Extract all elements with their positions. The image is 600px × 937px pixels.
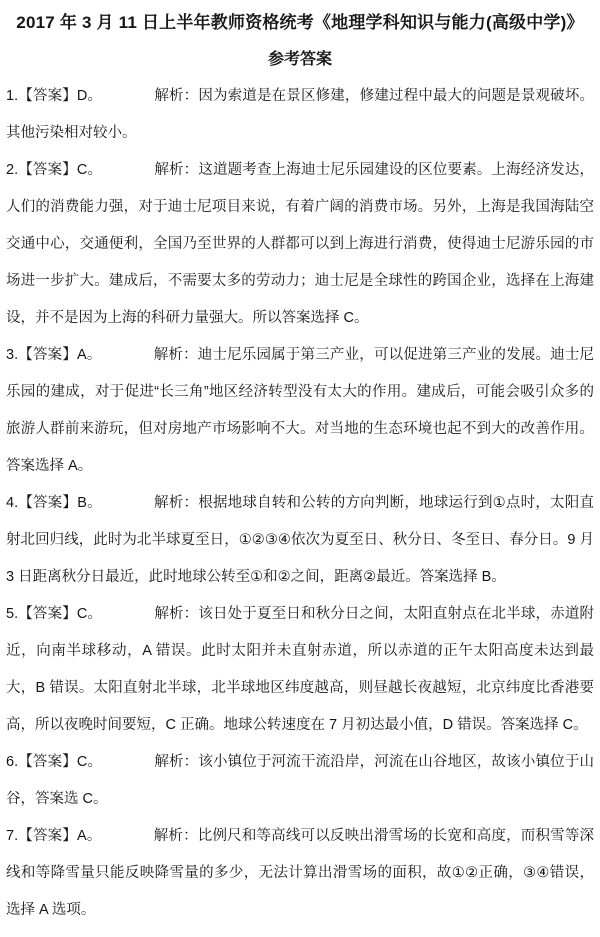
answer-item-4: 4.【答案】B。解析：根据地球自转和公转的方向判断，地球运行到①点时，太阳直射北… [6,485,594,596]
answer-number: 2. [6,162,18,178]
answer-item-2: 2.【答案】C。解析：这道题考查上海迪士尼乐园建设的区位要素。上海经济发达，人们… [6,152,594,337]
answer-item-3: 3.【答案】A。解析：迪士尼乐园属于第三产业，可以促进第三产业的发展。迪士尼乐园… [6,337,594,485]
answer-prefix: 4.【答案】B。 [6,495,102,511]
spacer [102,173,154,174]
answer-number: 3. [6,347,18,363]
answer-number: 6. [6,754,18,770]
answer-item-1: 1.【答案】D。解析：因为索道是在景区修建，修建过程中最大的问题是景观破坏。其他… [6,78,594,152]
answer-number: 7. [6,828,18,844]
answer-number: 1. [6,88,18,104]
answer-prefix: 3.【答案】A。 [6,347,102,363]
answer-label: 【答案】A。 [18,347,101,363]
answer-label: 【答案】C。 [18,754,102,770]
spacer [102,358,154,359]
answer-prefix: 7.【答案】A。 [6,828,102,844]
answer-number: 4. [6,495,18,511]
analysis-text: 解析：该日处于夏至日和秋分日之间，太阳直射点在北半球，赤道附近，向南半球移动，A… [6,606,594,733]
spacer [102,765,154,766]
document-title: 2017 年 3 月 11 日上半年教师资格统考《地理学科知识与能力(高级中学)… [6,4,594,41]
answer-item-5: 5.【答案】C。解析：该日处于夏至日和秋分日之间，太阳直射点在北半球，赤道附近，… [6,596,594,744]
answer-prefix: 6.【答案】C。 [6,754,102,770]
document-page: 2017 年 3 月 11 日上半年教师资格统考《地理学科知识与能力(高级中学)… [0,0,600,937]
answer-label: 【答案】C。 [18,162,102,178]
spacer [102,99,154,100]
answer-prefix: 5.【答案】C。 [6,606,102,622]
answer-label: 【答案】A。 [18,828,101,844]
spacer [102,839,154,840]
spacer [102,506,154,507]
answer-label: 【答案】C。 [18,606,102,622]
answer-number: 5. [6,606,18,622]
analysis-text: 解析：这道题考查上海迪士尼乐园建设的区位要素。上海经济发达，人们的消费能力强，对… [6,162,594,326]
answer-item-6: 6.【答案】C。解析：该小镇位于河流干流沿岸，河流在山谷地区，故该小镇位于山谷，… [6,744,594,818]
answer-prefix: 1.【答案】D。 [6,88,102,104]
answer-prefix: 2.【答案】C。 [6,162,102,178]
answer-label: 【答案】B。 [18,495,102,511]
answer-label: 【答案】D。 [18,88,102,104]
analysis-text: 解析：迪士尼乐园属于第三产业，可以促进第三产业的发展。迪士尼乐园的建成，对于促进… [6,347,594,474]
spacer [102,617,154,618]
document-subtitle: 参考答案 [6,41,594,78]
answer-item-7: 7.【答案】A。解析：比例尺和等高线可以反映出滑雪场的长宽和高度，而积雪等深线和… [6,818,594,929]
